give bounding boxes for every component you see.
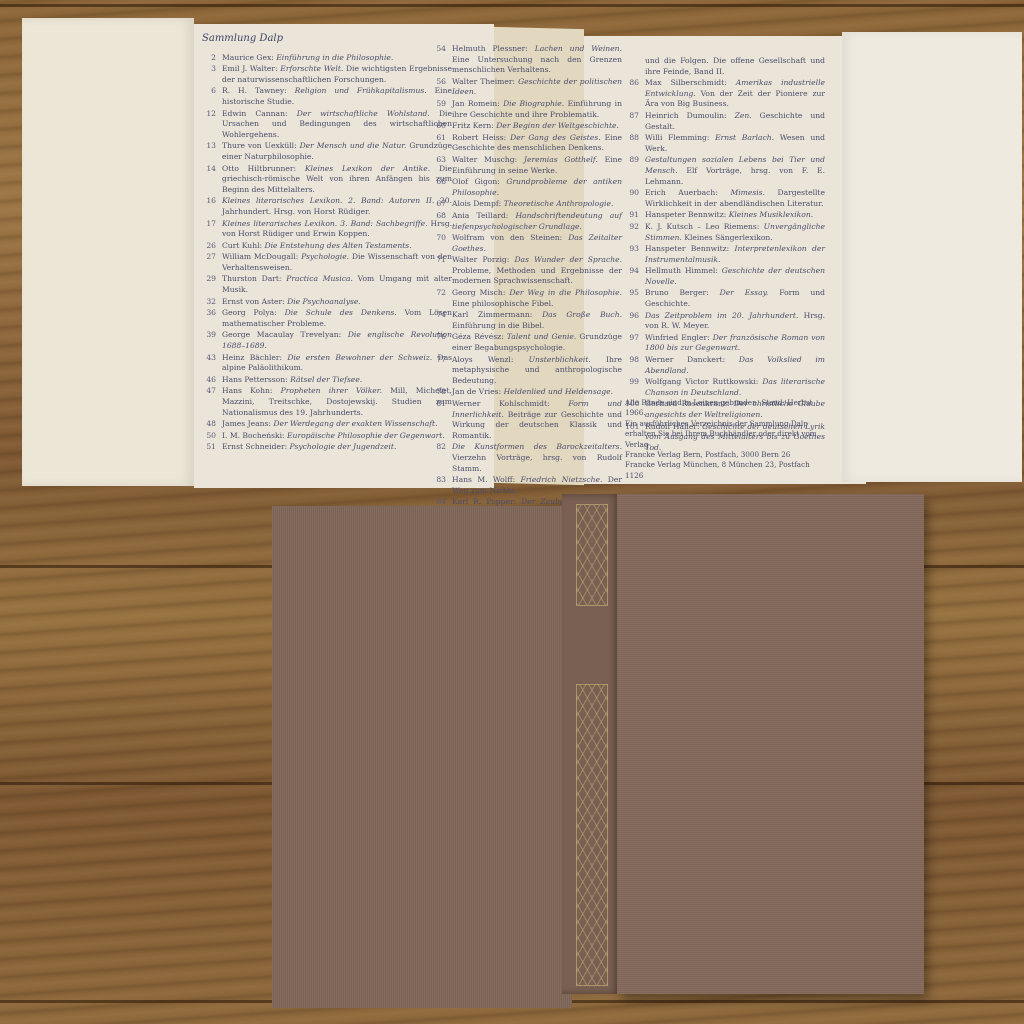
entry-text: Hanspeter Bennwitz: Kleines Musiklexikon…	[645, 210, 825, 221]
entry-text: Walter Theimer: Geschichte der politisch…	[452, 77, 622, 98]
entry-text: Georg Misch: Der Weg in die Philosophie.…	[452, 288, 622, 309]
title-entry: 17Kleines literarisches Lexikon. 3. Band…	[202, 219, 452, 240]
entry-text: Die Kunstformen des Barockzeitalters. Vi…	[452, 442, 622, 474]
entry-text: Werner Kohlschmidt: Form und Innerlichke…	[452, 399, 622, 441]
entry-text: Wolfgang Victor Ruttkowski: Das literari…	[645, 377, 825, 398]
volume-number: 50	[202, 431, 216, 442]
entry-text: Edwin Cannan: Der wirtschaftliche Wohlst…	[222, 109, 452, 141]
title-entry: 36Georg Polya: Die Schule des Denkens. V…	[202, 308, 452, 329]
entry-text: Jan Romein: Die Biographie. Einführung i…	[452, 99, 622, 120]
volume-number: 72	[432, 288, 446, 309]
volume-number: 60	[432, 121, 446, 132]
volume-number: 92	[625, 222, 639, 243]
entry-text: Aloys Wenzl: Unsterblichkeit. Ihre metap…	[452, 355, 622, 387]
volume-number: 17	[202, 219, 216, 240]
entry-text: Winfried Engler: Der französische Roman …	[645, 333, 825, 354]
entry-text: Max Silberschmidt: Amerikas industrielle…	[645, 78, 825, 110]
volume-number: 13	[202, 141, 216, 162]
entry-text: Karl Zimmermann: Das Große Buch. Einführ…	[452, 310, 622, 331]
title-entry: 27William McDougall: Psychologie. Die Wi…	[202, 252, 452, 273]
title-entry: 76Géza Révész: Talent und Genie. Grundzü…	[432, 332, 622, 353]
entry-text: I. M. Bocheński: Europäische Philosophie…	[222, 431, 452, 442]
title-entry: 67Alois Dempf: Theoretische Anthropologi…	[432, 199, 622, 210]
volume-number: 86	[625, 78, 639, 110]
entry-text: Géza Révész: Talent und Genie. Grundzüge…	[452, 332, 622, 353]
entry-text: Hanspeter Bennwitz: Interpretenlexikon d…	[645, 244, 825, 265]
entry-text: Georg Polya: Die Schule des Denkens. Vom…	[222, 308, 452, 329]
volume-number: 48	[202, 419, 216, 430]
volume-number: 95	[625, 288, 639, 309]
title-entry: 47Hans Kohn: Propheten ihrer Völker. Mil…	[202, 386, 452, 418]
entry-text: Olof Gigon: Grundprobleme der antiken Ph…	[452, 177, 622, 198]
title-entry: 98Werner Danckert: Das Volkslied im Aben…	[625, 355, 825, 376]
title-entry: 68Ania Teillard: Handschriftendeutung au…	[432, 211, 622, 232]
title-entry: 3Emil J. Walter: Erforschte Welt. Die wi…	[202, 64, 452, 85]
title-entry: 74Karl Zimmermann: Das Große Buch. Einfü…	[432, 310, 622, 331]
title-entry: 95Bruno Berger: Der Essay. Form und Gesc…	[625, 288, 825, 309]
volume-number: 91	[625, 210, 639, 221]
footer-line: Alle Bände sind in Leinen gebunden. Stan…	[625, 398, 830, 419]
title-entry: 81Werner Kohlschmidt: Form und Innerlich…	[432, 399, 622, 441]
entry-text: und die Folgen. Die offene Gesellschaft …	[645, 56, 825, 77]
volume-number: 93	[625, 244, 639, 265]
entry-text: Walter Porzig: Das Wunder der Sprache. P…	[452, 255, 622, 287]
entry-text: Thurston Dart: Practica Musica. Vom Umga…	[222, 274, 452, 295]
publisher-footer: Alle Bände sind in Leinen gebunden. Stan…	[625, 398, 830, 481]
title-entry: 56Walter Theimer: Geschichte der politis…	[432, 77, 622, 98]
entry-text: Heinrich Dumoulin: Zen. Geschichte und G…	[645, 111, 825, 132]
title-entry: 14Otto Hiltbrunner: Kleines Lexikon der …	[202, 164, 452, 196]
volume-number: 39	[202, 330, 216, 351]
entry-text: Maurice Gex: Einführung in die Philosoph…	[222, 53, 452, 64]
volume-number: 29	[202, 274, 216, 295]
volume-number: 56	[432, 77, 446, 98]
title-entry: 72Georg Misch: Der Weg in die Philosophi…	[432, 288, 622, 309]
entry-text: Heinz Bächler: Die ersten Bewohner der S…	[222, 353, 452, 374]
title-entry: 99Wolfgang Victor Ruttkowski: Das litera…	[625, 377, 825, 398]
title-list-column-b: 54Helmuth Plessner: Lachen und Weinen. E…	[432, 44, 622, 542]
entry-text: Helmuth Plessner: Lachen und Weinen. Ein…	[452, 44, 622, 76]
title-entry: und die Folgen. Die offene Gesellschaft …	[625, 56, 825, 77]
volume-number: 12	[202, 109, 216, 141]
title-entry: 71Walter Porzig: Das Wunder der Sprache.…	[432, 255, 622, 287]
entry-text: Ernst von Aster: Die Psychoanalyse.	[222, 297, 452, 308]
entry-text: George Macaulay Trevelyan: Die englische…	[222, 330, 452, 351]
volume-number: 68	[432, 211, 446, 232]
book-front-cover	[617, 494, 924, 994]
volume-number: 71	[432, 255, 446, 287]
title-entry: 39George Macaulay Trevelyan: Die englisc…	[202, 330, 452, 351]
title-entry: 93Hanspeter Bennwitz: Interpretenlexikon…	[625, 244, 825, 265]
title-entry: 12Edwin Cannan: Der wirtschaftliche Wohl…	[202, 109, 452, 141]
title-entry: 60Fritz Kern: Der Beginn der Weltgeschic…	[432, 121, 622, 132]
series-title: Sammlung Dalp	[202, 34, 452, 45]
entry-text: Thure von Uexküll: Der Mensch und die Na…	[222, 141, 452, 162]
volume-number: 82	[432, 442, 446, 474]
entry-text: Ernst Schneider: Psychologie der Jugendz…	[222, 442, 452, 453]
title-entry: 2Maurice Gex: Einführung in die Philosop…	[202, 53, 452, 64]
volume-number: 81	[432, 399, 446, 441]
entry-text: Ania Teillard: Handschriftendeutung auf …	[452, 211, 622, 232]
volume-number: 66	[432, 177, 446, 198]
title-entry: 82Die Kunstformen des Barockzeitalters. …	[432, 442, 622, 474]
title-entry: 78Jan de Vries: Heldenlied und Heldensag…	[432, 387, 622, 398]
volume-number: 78	[432, 387, 446, 398]
title-entry: 26Curt Kuhl: Die Entstehung des Alten Te…	[202, 241, 452, 252]
cloth-bound-book	[272, 494, 924, 1010]
volume-number: 46	[202, 375, 216, 386]
title-entry: 46Hans Pettersson: Rätsel der Tiefsee.	[202, 375, 452, 386]
entry-text: Gestaltungen sozialen Lebens bei Tier un…	[645, 155, 825, 187]
title-entry: 86Max Silberschmidt: Amerikas industriel…	[625, 78, 825, 110]
volume-number: 59	[432, 99, 446, 120]
footer-line: Ein ausführliches Verzeichnis der Sammlu…	[625, 419, 830, 450]
entry-text: Hans Pettersson: Rätsel der Tiefsee.	[222, 375, 452, 386]
title-entry: 16Kleines literarisches Lexikon. 2. Band…	[202, 196, 452, 217]
volume-number: 36	[202, 308, 216, 329]
entry-text: Alois Dempf: Theoretische Anthropologie.	[452, 199, 622, 210]
volume-number: 27	[202, 252, 216, 273]
volume-number: 43	[202, 353, 216, 374]
entry-text: Werner Danckert: Das Volkslied im Abendl…	[645, 355, 825, 376]
title-entry: 87Heinrich Dumoulin: Zen. Geschichte und…	[625, 111, 825, 132]
volume-number: 16	[202, 196, 216, 217]
title-entry: 94Hellmuth Himmel: Geschichte der deutsc…	[625, 266, 825, 287]
volume-number: 76	[432, 332, 446, 353]
entry-text: Jan de Vries: Heldenlied und Heldensage.	[452, 387, 622, 398]
entry-text: Hans Kohn: Propheten ihrer Völker. Mill,…	[222, 386, 452, 418]
volume-number: 96	[625, 311, 639, 332]
entry-text: Kleines literarisches Lexikon. 3. Band: …	[222, 219, 452, 240]
title-entry: 97Winfried Engler: Der französische Roma…	[625, 333, 825, 354]
title-entry: 6R. H. Tawney: Religion und Frühkapitali…	[202, 86, 452, 107]
entry-text: James Jeans: Der Werdegang der exakten W…	[222, 419, 452, 430]
volume-number: 67	[432, 199, 446, 210]
title-entry: 90Erich Auerbach: Mimesis. Dargestellte …	[625, 188, 825, 209]
title-entry: 43Heinz Bächler: Die ersten Bewohner der…	[202, 353, 452, 374]
volume-number: 61	[432, 133, 446, 154]
volume-number: 97	[625, 333, 639, 354]
title-entry: 89Gestaltungen sozialen Lebens bei Tier …	[625, 155, 825, 187]
jacket-left-flap	[22, 18, 194, 486]
book-spine	[562, 494, 622, 994]
title-entry: 92K. J. Kutsch – Leo Riemens: Unvergängl…	[625, 222, 825, 243]
volume-number: 90	[625, 188, 639, 209]
title-entry: 59Jan Romein: Die Biographie. Einführung…	[432, 99, 622, 120]
title-entry: 77Aloys Wenzl: Unsterblichkeit. Ihre met…	[432, 355, 622, 387]
volume-number	[625, 56, 639, 77]
entry-text: Walter Muschg: Jeremias Gotthelf. Eine E…	[452, 155, 622, 176]
entry-text: Willi Flemming: Ernst Barlach. Wesen und…	[645, 133, 825, 154]
entry-text: K. J. Kutsch – Leo Riemens: Unvergänglic…	[645, 222, 825, 243]
title-list-column-a: Sammlung Dalp 2Maurice Gex: Einführung i…	[202, 34, 452, 454]
volume-number: 47	[202, 386, 216, 418]
volume-number: 70	[432, 233, 446, 254]
title-entry: 50I. M. Bocheński: Europäische Philosoph…	[202, 431, 452, 442]
entry-text: Das Zeitproblem im 20. Jahrhundert. Hrsg…	[645, 311, 825, 332]
volume-number: 94	[625, 266, 639, 287]
book-back-cover	[272, 506, 572, 1008]
volume-number: 14	[202, 164, 216, 196]
footer-line: Francke Verlag München, 8 München 23, Po…	[625, 460, 830, 481]
title-entry: 13Thure von Uexküll: Der Mensch und die …	[202, 141, 452, 162]
volume-number: 32	[202, 297, 216, 308]
title-entry: 48James Jeans: Der Werdegang der exakten…	[202, 419, 452, 430]
volume-number: 54	[432, 44, 446, 76]
volume-number: 98	[625, 355, 639, 376]
title-entry: 63Walter Muschg: Jeremias Gotthelf. Eine…	[432, 155, 622, 176]
volume-number: 26	[202, 241, 216, 252]
gilt-ornament-icon	[576, 504, 608, 606]
gilt-ornament-icon	[576, 684, 608, 986]
jacket-right-flap	[842, 32, 1022, 482]
title-entry: 88Willi Flemming: Ernst Barlach. Wesen u…	[625, 133, 825, 154]
title-list-column-c: und die Folgen. Die offene Gesellschaft …	[625, 56, 825, 454]
title-entry: 32Ernst von Aster: Die Psychoanalyse.	[202, 297, 452, 308]
entry-text: Bruno Berger: Der Essay. Form und Geschi…	[645, 288, 825, 309]
volume-number: 88	[625, 133, 639, 154]
title-entry: 54Helmuth Plessner: Lachen und Weinen. E…	[432, 44, 622, 76]
title-entry: 96Das Zeitproblem im 20. Jahrhundert. Hr…	[625, 311, 825, 332]
title-entry: 70Wolfram von den Steinen: Das Zeitalter…	[432, 233, 622, 254]
title-entry: 66Olof Gigon: Grundprobleme der antiken …	[432, 177, 622, 198]
entry-text: Robert Heiss: Der Gang des Geistes. Eine…	[452, 133, 622, 154]
volume-number: 6	[202, 86, 216, 107]
title-entry: 61Robert Heiss: Der Gang des Geistes. Ei…	[432, 133, 622, 154]
floor-seam	[0, 4, 1024, 7]
entry-text: Fritz Kern: Der Beginn der Weltgeschicht…	[452, 121, 622, 132]
title-entry: 29Thurston Dart: Practica Musica. Vom Um…	[202, 274, 452, 295]
entry-text: Wolfram von den Steinen: Das Zeitalter G…	[452, 233, 622, 254]
entry-text: Kleines literarisches Lexikon. 2. Band: …	[222, 196, 452, 217]
volume-number: 3	[202, 64, 216, 85]
volume-number: 63	[432, 155, 446, 176]
volume-number: 51	[202, 442, 216, 453]
entry-text: William McDougall: Psychologie. Die Wiss…	[222, 252, 452, 273]
volume-number: 99	[625, 377, 639, 398]
volume-number: 89	[625, 155, 639, 187]
volume-number: 74	[432, 310, 446, 331]
entry-text: Curt Kuhl: Die Entstehung des Alten Test…	[222, 241, 452, 252]
volume-number: 77	[432, 355, 446, 387]
entry-text: R. H. Tawney: Religion und Frühkapitalis…	[222, 86, 452, 107]
footer-line: Francke Verlag Bern, Postfach, 3000 Bern…	[625, 450, 830, 460]
entry-text: Hellmuth Himmel: Geschichte der deutsche…	[645, 266, 825, 287]
volume-number: 87	[625, 111, 639, 132]
entry-text: Erich Auerbach: Mimesis. Dargestellte Wi…	[645, 188, 825, 209]
entry-text: Otto Hiltbrunner: Kleines Lexikon der An…	[222, 164, 452, 196]
title-entry: 51Ernst Schneider: Psychologie der Jugen…	[202, 442, 452, 453]
volume-number: 2	[202, 53, 216, 64]
title-entry: 91Hanspeter Bennwitz: Kleines Musiklexik…	[625, 210, 825, 221]
entry-text: Emil J. Walter: Erforschte Welt. Die wic…	[222, 64, 452, 85]
